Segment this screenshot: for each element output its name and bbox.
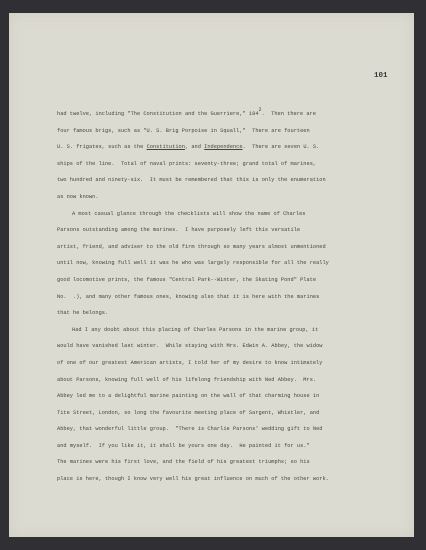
text-run: Had I any doubt about this placing of Ch… — [72, 327, 318, 333]
text-run: that he belongs. — [57, 310, 108, 316]
text-line: The marines were his first love, and the… — [57, 454, 387, 471]
text-run: about Parsons, knowing full well of his … — [57, 377, 316, 383]
text-line: and myself. If you like it, it shall be … — [57, 438, 387, 455]
text-run: . There are seven U. S. — [243, 144, 320, 150]
text-line: artist, friend, and adviser to the old f… — [57, 239, 387, 256]
text-line: that he belongs. — [57, 305, 387, 322]
document-page: 101 had twelve, including "The Constitut… — [9, 13, 414, 537]
text-line: No. .), and many other famous ones, know… — [57, 289, 387, 306]
text-run: Parsons outstanding among the marines. I… — [57, 227, 300, 233]
body-text: had twelve, including "The Constitution … — [57, 106, 387, 488]
text-run: and myself. If you like it, it shall be … — [57, 443, 310, 449]
page-number: 101 — [374, 72, 388, 80]
text-line: Abbey led me to a delightful marine pain… — [57, 388, 387, 405]
text-run: , and — [185, 144, 204, 150]
text-run: would have vanished last winter. While s… — [57, 343, 323, 349]
text-line: Tite Street, London, so long the favouri… — [57, 405, 387, 422]
text-run: as now known. — [57, 194, 99, 200]
text-run: four famous brigs, such as "U. S. Brig P… — [57, 128, 310, 134]
text-run: The marines were his first love, and the… — [57, 459, 310, 465]
text-line: about Parsons, knowing full well of his … — [57, 372, 387, 389]
text-line: A most casual glance through the checkli… — [57, 206, 387, 223]
text-line: until now, knowing full well it was he w… — [57, 255, 387, 272]
text-run: U. S. frigates, such as the — [57, 144, 147, 150]
text-run: ships of the line. Total of naval prints… — [57, 161, 316, 167]
text-run: artist, friend, and adviser to the old f… — [57, 244, 326, 250]
text-line: two hundred and ninety-six. It must be r… — [57, 172, 387, 189]
text-line: good locomotive prints, the famous "Cent… — [57, 272, 387, 289]
text-run: until now, knowing full well it was he w… — [57, 260, 329, 266]
text-line: place is here, though I know very well h… — [57, 471, 387, 488]
text-line: four famous brigs, such as "U. S. Brig P… — [57, 123, 387, 140]
text-run: No. .), and many other famous ones, know… — [57, 294, 319, 300]
text-line: Parsons outstanding among the marines. I… — [57, 222, 387, 239]
text-run: had twelve, including "The Constitution … — [57, 111, 259, 117]
text-line: had twelve, including "The Constitution … — [57, 106, 387, 123]
text-run: place is here, though I know very well h… — [57, 476, 329, 482]
text-run: A most casual glance through the checkli… — [72, 211, 306, 217]
text-line: as now known. — [57, 189, 387, 206]
text-line: ships of the line. Total of naval prints… — [57, 156, 387, 173]
text-line: would have vanished last winter. While s… — [57, 338, 387, 355]
text-run: two hundred and ninety-six. It must be r… — [57, 177, 326, 183]
text-run: of one of our greatest American artists,… — [57, 360, 323, 366]
underlined-title: Independence — [204, 144, 242, 150]
text-run: Abbey led me to a delightful marine pain… — [57, 393, 319, 399]
text-line: of one of our greatest American artists,… — [57, 355, 387, 372]
text-run: . Then there are — [262, 111, 316, 117]
text-line: U. S. frigates, such as the Constitution… — [57, 139, 387, 156]
text-run: good locomotive prints, the famous "Cent… — [57, 277, 316, 283]
text-run: Abbey, that wonderful little group. "The… — [57, 426, 323, 432]
text-run: Tite Street, London, so long the favouri… — [57, 410, 319, 416]
text-line: Had I any doubt about this placing of Ch… — [57, 322, 387, 339]
text-line: Abbey, that wonderful little group. "The… — [57, 421, 387, 438]
superscript-correction: 2 — [259, 107, 262, 113]
underlined-title: Constitution — [147, 144, 185, 150]
